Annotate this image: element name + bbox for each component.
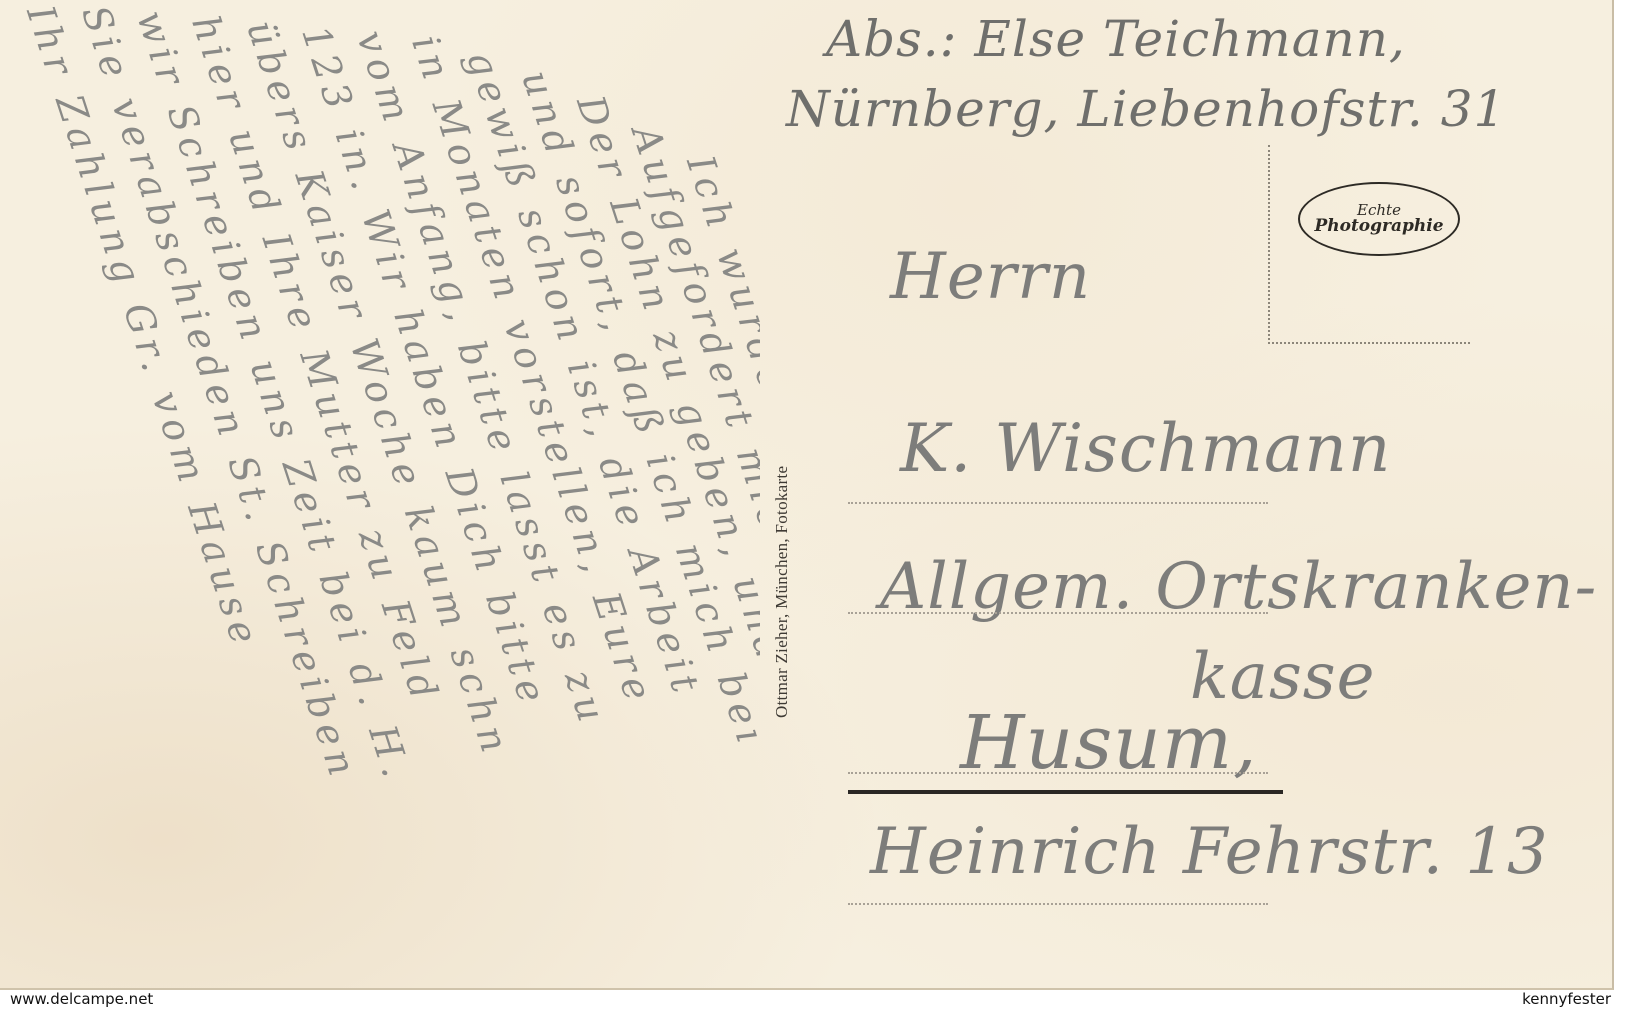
postcard: Ich wurde schon einmal Aufgefordert mich… [0,0,1614,990]
seller-watermark: kennyfester [1522,990,1611,1008]
sender-line-2: Nürnberg, Liebenhofstr. 31 [786,80,1506,138]
handwritten-message: Ich wurde schon einmal Aufgefordert mich… [0,0,760,988]
postcard-scan-page: Ich wurde schon einmal Aufgefordert mich… [0,0,1625,1009]
echte-photographie-stamp: Echte Photographie [1298,182,1460,256]
recipient-street: Heinrich Fehrstr. 13 [870,815,1549,889]
recipient-salutation: Herrn [890,240,1091,314]
stamp-text-line-2: Photographie [1314,218,1443,235]
delcampe-watermark: www.delcampe.net [10,990,153,1008]
address-dotted-line-1 [848,502,1268,504]
sender-line-1: Abs.: Else Teichmann, [826,10,1406,68]
printer-imprint: Ottmar Zieher, München, Fotokarte [772,466,792,718]
city-underline [848,790,1283,794]
recipient-name: K. Wischmann [900,410,1391,487]
address-dotted-line-4 [848,903,1268,905]
address-dotted-line-3 [848,772,1268,774]
address-dotted-line-2 [848,612,1268,614]
